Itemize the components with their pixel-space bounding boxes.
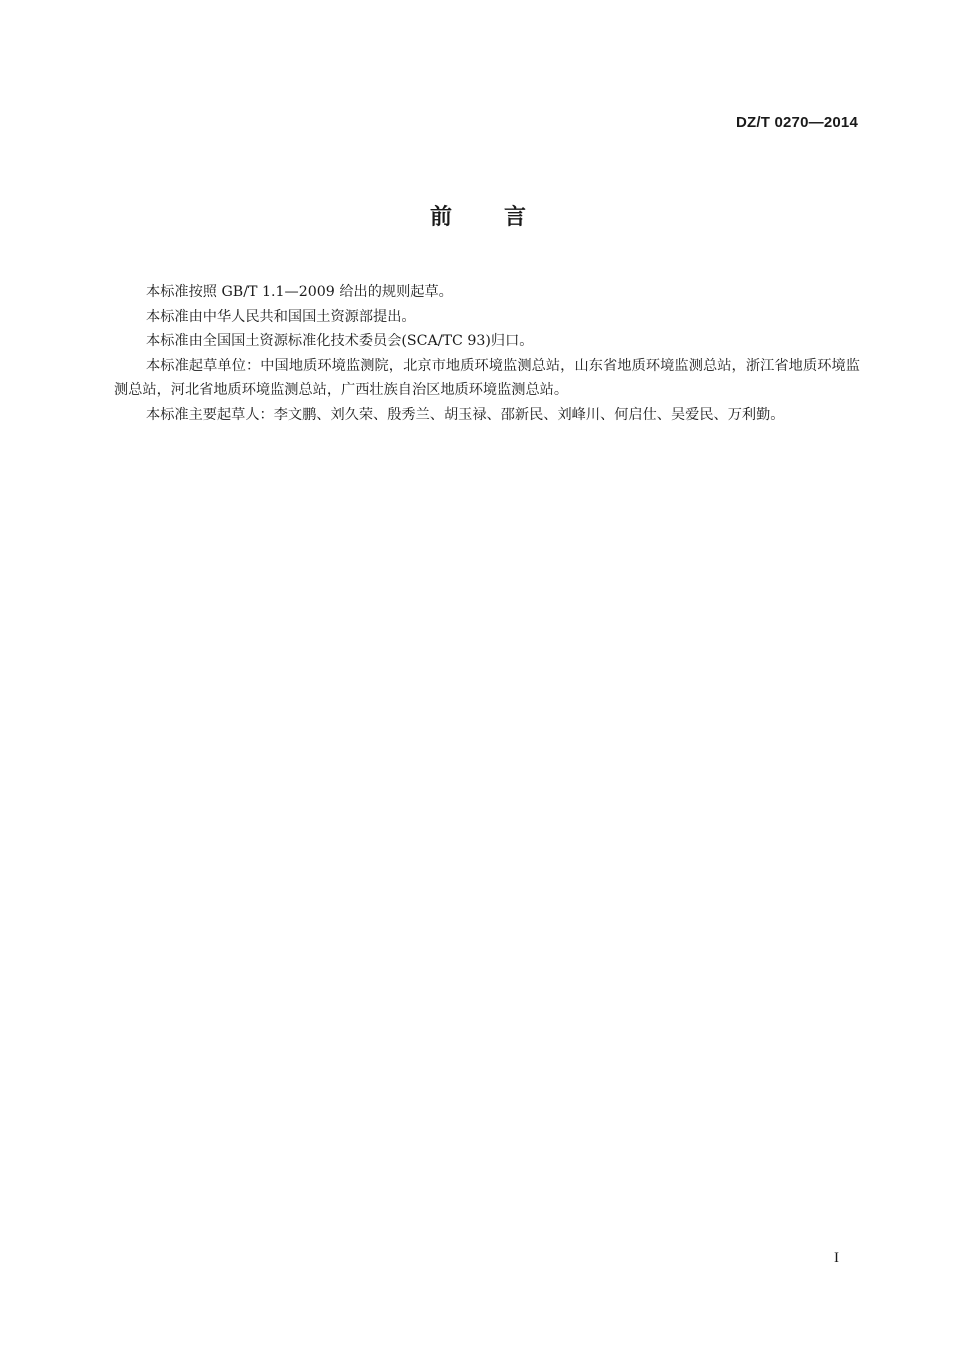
paragraph-drafters: 本标准主要起草人：李文鹏、刘久荣、殷秀兰、胡玉禄、邵新民、刘峰川、何启仕、吴爱民… <box>114 403 860 428</box>
paragraph-drafting-rules: 本标准按照 GB/T 1.1—2009 给出的规则起草。 <box>114 280 860 305</box>
standard-code: DZ/T 0270—2014 <box>736 114 858 131</box>
foreword-body: 本标准按照 GB/T 1.1—2009 给出的规则起草。 本标准由中华人民共和国… <box>114 280 860 427</box>
page-title: 前言 <box>0 200 956 231</box>
page-number: I <box>834 1250 839 1267</box>
paragraph-drafting-units: 本标准起草单位：中国地质环境监测院，北京市地质环境监测总站，山东省地质环境监测总… <box>114 354 860 403</box>
paragraph-administrator: 本标准由全国国土资源标准化技术委员会(SCA/TC 93)归口。 <box>114 329 860 354</box>
paragraph-proposer: 本标准由中华人民共和国国土资源部提出。 <box>114 305 860 330</box>
